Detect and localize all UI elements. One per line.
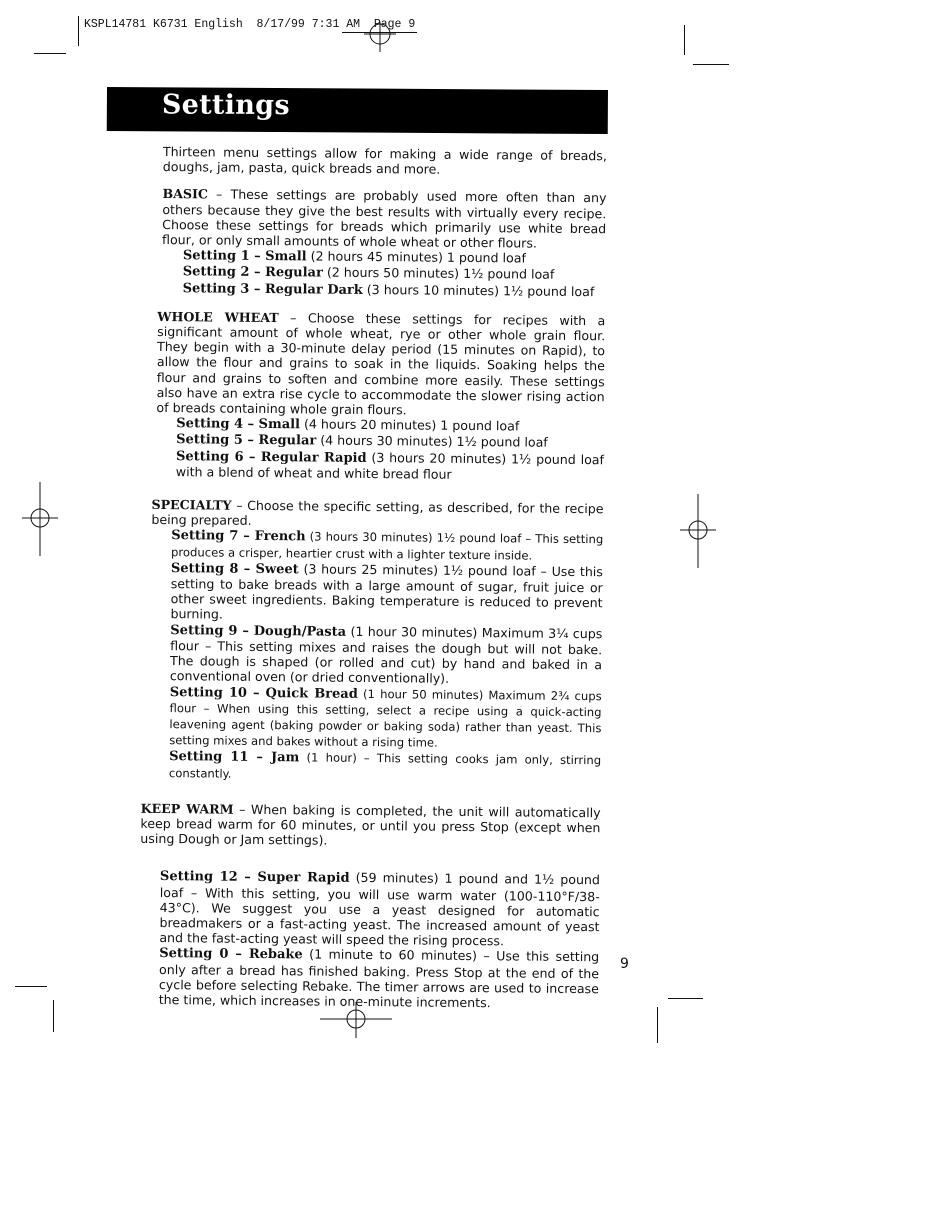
setting-item: Setting 3 – Regular Dark (3 hours 10 min… <box>183 280 606 300</box>
setting-label: Setting 11 – Jam <box>169 749 299 765</box>
setting-label: Setting 6 – Regular Rapid <box>176 449 367 466</box>
section-text: – These settings are probably used more … <box>162 187 607 251</box>
setting-item: Setting 11 – Jam (1 hour) – This setting… <box>169 748 601 785</box>
page-title: Settings <box>162 89 290 121</box>
section-heading: BASIC <box>162 186 208 201</box>
setting-label: Setting 8 – Sweet <box>171 561 299 577</box>
setting-item: Setting 6 – Regular Rapid (3 hours 20 mi… <box>176 448 604 484</box>
setting-detail: (3 hours 10 minutes) 1½ pound loaf <box>363 282 595 299</box>
setting-detail: (2 hours 45 minutes) 1 pound loaf <box>307 249 526 266</box>
setting-label: Setting 4 – Small <box>176 416 300 432</box>
settings-content: Thirteen menu settings allow for making … <box>155 144 607 1011</box>
crop-mark <box>657 1007 658 1043</box>
setting-label: Setting 9 – Dough/Pasta <box>170 623 346 640</box>
setting-label: Setting 12 – Super Rapid <box>160 869 350 886</box>
section-text: – Choose these settings for recipes with… <box>156 310 605 417</box>
section-heading: WHOLE WHEAT <box>157 309 279 325</box>
setting-item: Setting 7 – French (3 hours 30 minutes) … <box>171 528 603 565</box>
setting-label: Setting 10 – Quick Bread <box>170 685 358 702</box>
crop-mark <box>53 1000 54 1032</box>
crop-mark <box>693 64 729 65</box>
intro-paragraph: Thirteen menu settings allow for making … <box>163 144 607 179</box>
section-title-bar: Settings <box>107 87 608 134</box>
section-whole-wheat: WHOLE WHEAT – Choose these settings for … <box>156 309 606 484</box>
registration-mark-icon <box>18 480 62 560</box>
crop-mark <box>34 53 66 54</box>
section-additional-settings: Setting 12 – Super Rapid (59 minutes) 1 … <box>139 868 600 1011</box>
page-number: 9 <box>620 956 629 972</box>
setting-detail: (2 hours 50 minutes) 1½ pound loaf <box>323 265 555 282</box>
section-specialty: SPECIALTY – Choose the specific setting,… <box>149 497 604 785</box>
setting-label: Setting 1 – Small <box>183 248 307 264</box>
setting-label: Setting 7 – French <box>171 529 305 545</box>
setting-label: Setting 2 – Regular <box>183 265 323 281</box>
registration-mark-icon <box>678 492 722 572</box>
section-keep-warm: KEEP WARM – When baking is completed, th… <box>140 801 600 851</box>
section-basic: BASIC – These settings are probably used… <box>162 186 607 300</box>
crop-mark <box>78 16 79 46</box>
crop-mark <box>684 25 685 55</box>
crop-mark <box>15 986 47 987</box>
setting-detail: (4 hours 20 minutes) 1 pound loaf <box>300 417 519 434</box>
setting-item: Setting 9 – Dough/Pasta (1 hour 30 minut… <box>170 622 603 688</box>
setting-label: Setting 0 – Rebake <box>159 946 303 962</box>
setting-item: Setting 10 – Quick Bread (1 hour 50 minu… <box>169 684 602 753</box>
setting-item: Setting 8 – Sweet (3 hours 25 minutes) 1… <box>170 560 603 626</box>
setting-item: Setting 12 – Super Rapid (59 minutes) 1 … <box>159 868 600 949</box>
registration-mark-icon <box>362 18 398 54</box>
setting-label: Setting 5 – Regular <box>176 433 316 449</box>
setting-detail: (4 hours 30 minutes) 1½ pound loaf <box>316 433 548 450</box>
setting-item: Setting 0 – Rebake (1 minute to 60 minut… <box>159 945 600 1011</box>
crop-mark <box>668 998 703 999</box>
section-heading: KEEP WARM <box>141 801 234 817</box>
section-heading: SPECIALTY <box>151 497 231 513</box>
setting-label: Setting 3 – Regular Dark <box>183 281 363 298</box>
